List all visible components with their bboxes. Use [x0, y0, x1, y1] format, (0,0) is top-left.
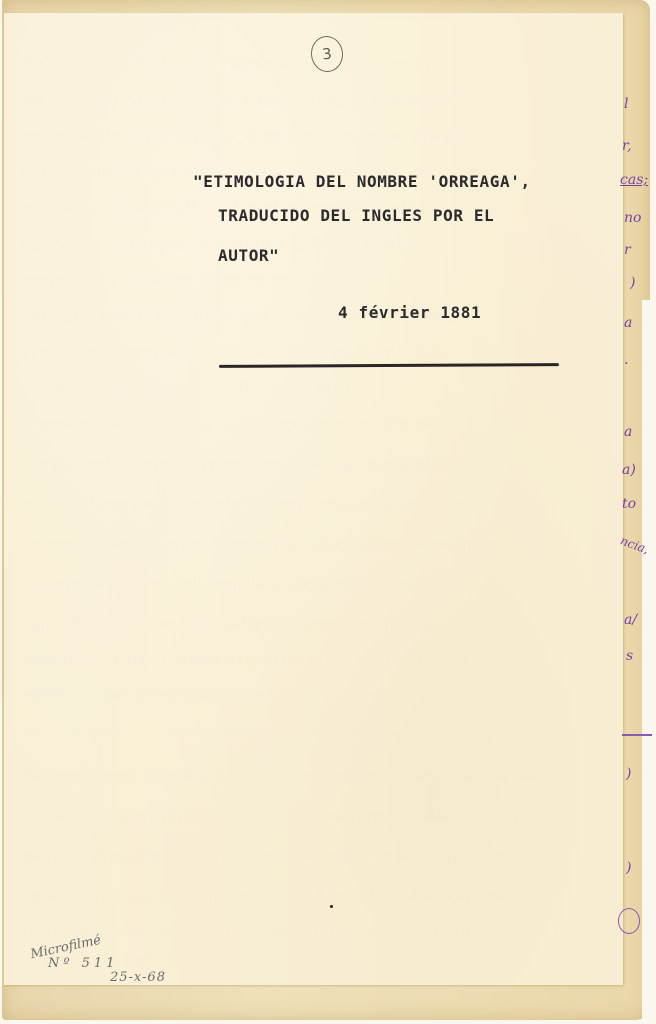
margin-rule — [622, 734, 652, 736]
margin-mark: cas; — [620, 172, 648, 188]
ink-dot — [330, 905, 333, 908]
margin-mark: a/ — [624, 612, 637, 628]
margin-mark: s — [626, 648, 633, 664]
margin-mark: r, — [622, 138, 632, 154]
margin-mark: a) — [622, 462, 636, 478]
title-line-1: "ETIMOLOGIA DEL NOMBRE 'ORREAGA', — [193, 172, 531, 191]
margin-mark: a — [624, 424, 632, 440]
scanned-document: En el interior de la villa Valcarlos, Ro… — [0, 0, 656, 1024]
typed-title-sheet — [4, 13, 623, 985]
document-date: 4 février 1881 — [338, 303, 481, 322]
margin-mark: to — [622, 496, 636, 512]
margin-mark: ) — [626, 860, 631, 876]
microfilm-number: Nº 511 — [48, 956, 118, 971]
margin-mark: . — [624, 352, 628, 368]
microfilm-date: 25-x-68 — [110, 970, 166, 985]
margin-mark: l — [624, 96, 628, 112]
title-line-3: AUTOR" — [218, 246, 279, 265]
margin-mark: no — [624, 210, 641, 226]
title-line-2: TRADUCIDO DEL INGLES POR EL — [218, 206, 494, 225]
margin-circle-mark — [618, 908, 640, 934]
page-number: 3 — [321, 45, 332, 64]
margin-mark: r — [624, 242, 631, 258]
margin-mark: a — [624, 315, 632, 331]
margin-mark: ) — [626, 766, 631, 782]
margin-mark: ) — [630, 275, 635, 291]
